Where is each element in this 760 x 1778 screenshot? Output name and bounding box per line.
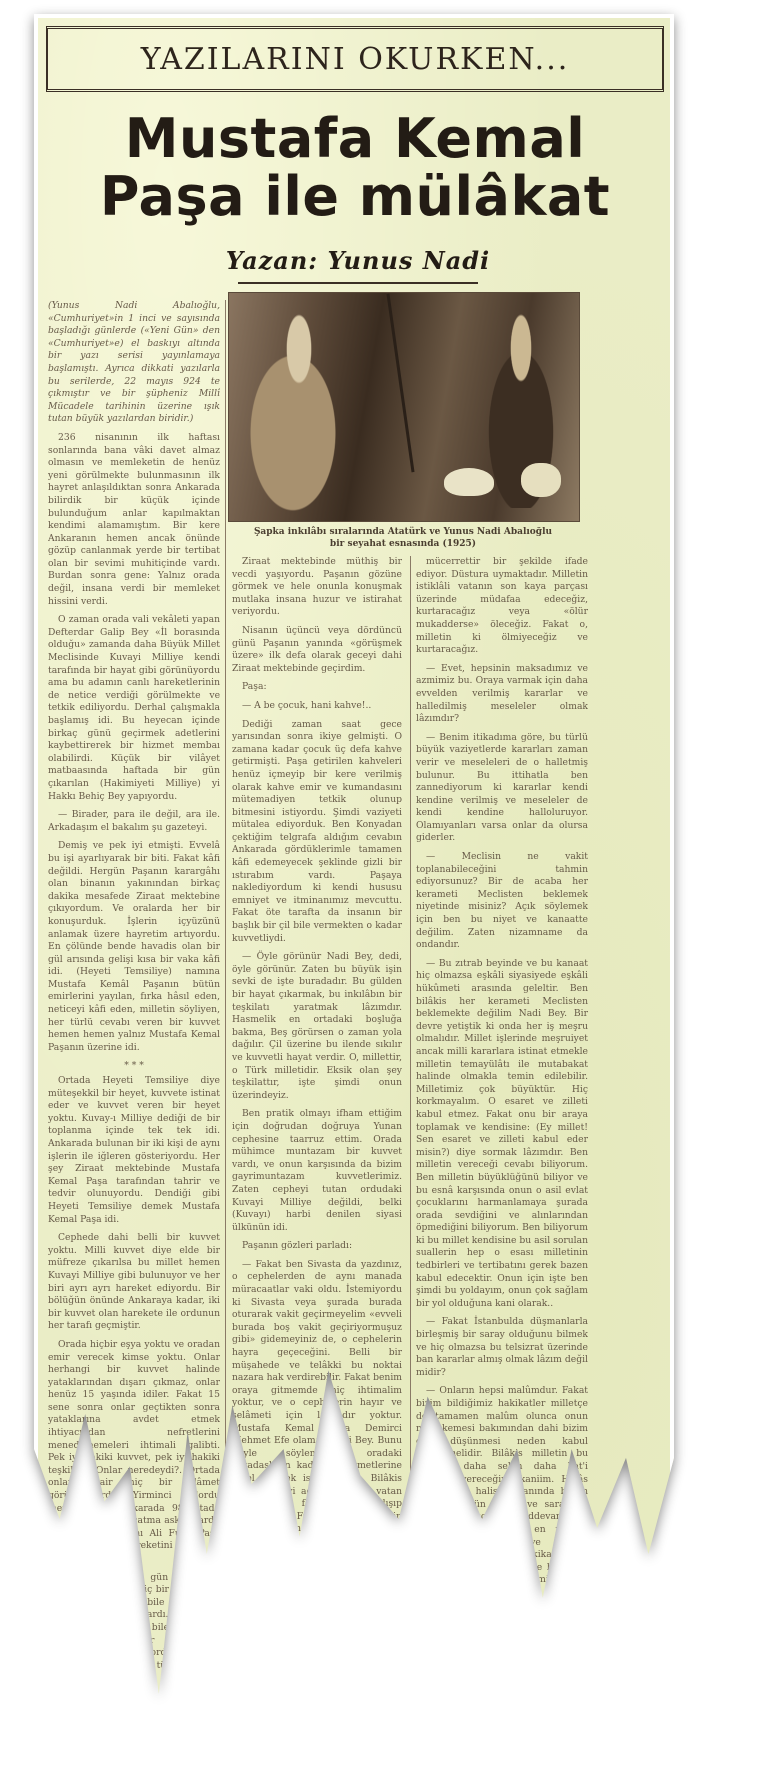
paragraph: Evvelâ Meclis, sonra orda Nadi Bey. Ordu…	[416, 1606, 588, 1757]
article-column-3: mücerrettir bir şekilde ifade ediyor. Dü…	[416, 556, 588, 1756]
paragraph: Ziraat mektebinde müthiş bir vecdi yaşıy…	[232, 556, 402, 619]
editor-intro: (Yunus Nadi Abalıoğlu, «Cumhuriyet»in 1 …	[48, 300, 220, 426]
article-photo	[228, 292, 580, 522]
section-separator: * * *	[48, 1060, 220, 1073]
caption-line-2: bir seyahat esnasında (1925)	[228, 538, 578, 550]
paragraph: Ortada Heyeti Temsiliye diye müteşekkil …	[48, 1075, 220, 1226]
headline: Mustafa Kemal Paşa ile mülâkat	[50, 110, 660, 226]
paragraph: Paşa:	[232, 681, 402, 694]
headline-line-1: Mustafa Kemal	[50, 110, 660, 168]
article-column-1: (Yunus Nadi Abalıoğlu, «Cumhuriyet»in 1 …	[48, 300, 220, 1760]
byline-rule	[238, 282, 478, 284]
byline: Yazan: Yunus Nadi	[38, 246, 678, 275]
newspaper-clipping-wrapper: YAZILARINI OKURKEN... Mustafa Kemal Paşa…	[34, 14, 674, 1764]
paragraph: — Meclisin ne vakit toplanabileceğini ta…	[416, 851, 588, 952]
paragraph: Paşanın gözleri parladı:	[232, 1240, 402, 1253]
paragraph: Ben pratik olmayı ifham ettiğim için doğ…	[232, 1108, 402, 1234]
paragraph: 236 nisanının ilk haftası sonlarında ban…	[48, 432, 220, 608]
paragraph: Dediği zaman saat gece yarısından sonra …	[232, 719, 402, 946]
paragraph: Nisanın üçüncü veya dördüncü günü Paşanı…	[232, 625, 402, 675]
paragraph: Cephede dahi belli bir kuvvet yoktu. Mil…	[48, 1232, 220, 1333]
paragraph: — Onların hepsi malûmdur. Fakat bizim bi…	[416, 1385, 588, 1599]
paragraph: — Evet, hepsinin maksadımız ve azmimiz b…	[416, 663, 588, 726]
paragraph: — A be çocuk, hani kahve!..	[232, 700, 402, 713]
paragraph: Orada hiçbir eşya yoktu ve oradan emir v…	[48, 1339, 220, 1566]
newspaper-clipping: YAZILARINI OKURKEN... Mustafa Kemal Paşa…	[34, 14, 674, 1764]
column-rule-1	[225, 300, 226, 1740]
kicker-frame: YAZILARINI OKURKEN...	[46, 26, 664, 92]
photo-figure-left	[239, 313, 359, 513]
column-rule-2	[410, 556, 411, 1696]
article-column-2: Ziraat mektebinde müthiş bir vecdi yaşıy…	[232, 556, 402, 1756]
photo-hat-right	[521, 463, 561, 497]
paragraph: mücerrettir bir şekilde ifade ediyor. Dü…	[416, 556, 588, 657]
paragraph: — Benim itikadıma göre, bu türlü büyük v…	[416, 732, 588, 845]
paragraph: — Öyle görünür Nadi Bey, dedi, öyle görü…	[232, 951, 402, 1102]
paragraph: — Fakat ben Sivasta da yazdınız, o cephe…	[232, 1259, 402, 1738]
paragraph: Demiş ve pek iyi etmişti. Evvelâ bu işi …	[48, 840, 220, 1054]
paragraph: — Bu zıtrab beyinde ve bu kanaat hiç olm…	[416, 958, 588, 1311]
headline-line-2: Paşa ile mülâkat	[50, 168, 660, 226]
caption-line-1: Şapka inkılâbı sıralarında Atatürk ve Yu…	[228, 526, 578, 538]
kicker-title: YAZILARINI OKURKEN...	[141, 42, 570, 77]
paragraph: — Birader, para ile değil, ara ile. Arka…	[48, 809, 220, 834]
photo-hat	[444, 468, 494, 496]
photo-detail-pole	[386, 294, 414, 473]
photo-caption: Şapka inkılâbı sıralarında Atatürk ve Yu…	[228, 526, 578, 550]
paragraph: — Fakat İstanbulda düşmanlarla birleşmiş…	[416, 1316, 588, 1379]
paragraph: Denilebilirdi ki o gün için orda namına …	[48, 1572, 220, 1685]
paragraph: O zaman orada vali vekâleti yapan Defter…	[48, 614, 220, 803]
